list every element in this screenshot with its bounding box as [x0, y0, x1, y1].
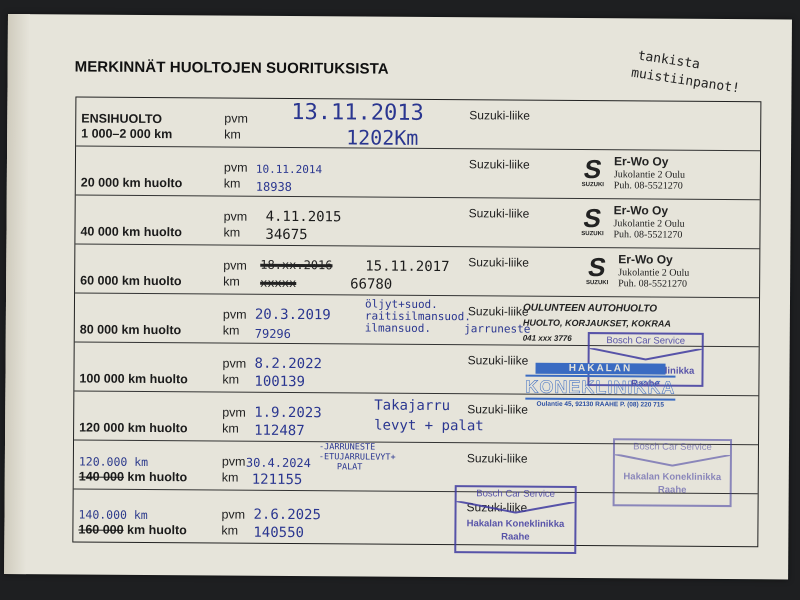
date-value: 8.2.2022	[255, 356, 323, 372]
km-value: 79296	[255, 327, 291, 341]
dealer-stamp: SSUZUKI Er-Wo OyJukolantie 2 OuluPuh. 08…	[580, 254, 695, 293]
margin-note: tankista muistiinpanot!	[634, 47, 798, 106]
date-value: 10.11.2014	[256, 163, 322, 176]
service-remarks: -JARRUNESTE -ETUJARRULEVYT+ PALAT	[319, 442, 396, 473]
km-value: 100139	[254, 374, 305, 390]
date-value: 20.3.2019	[255, 307, 331, 324]
page-title: MERKINNÄT HUOLTOJEN SUORITUKSISTA	[75, 58, 389, 77]
km-value: 1202Km	[346, 125, 418, 150]
date-value: 2.6.2025	[253, 507, 321, 523]
crossed-out-km: xxxxx	[260, 276, 296, 290]
service-label: ENSIHUOLTO 1 000–2 000 km	[81, 112, 172, 143]
service-booklet-page: MERKINNÄT HUOLTOJEN SUORITUKSISTA tankis…	[4, 14, 792, 579]
date-value: 13.11.2013	[291, 100, 424, 126]
km-value: 34675	[265, 227, 307, 243]
date-value: 4.11.2015	[266, 209, 342, 226]
km-value: 121155	[252, 472, 303, 488]
dealer-label: Suzuki-liike	[469, 108, 530, 122]
suzuki-logo-icon: SSUZUKI	[575, 205, 609, 243]
date-value: 30.4.2024	[246, 456, 311, 470]
bosch-stamp: Bosch Car Service Hakalan KoneklinikkaRa…	[454, 485, 576, 554]
bosch-stamp: Bosch Car Service Hakalan KoneklinikkaRa…	[613, 438, 732, 507]
date-value: 1.9.2023	[254, 405, 322, 421]
suzuki-logo-icon: SSUZUKI	[576, 156, 610, 194]
service-row: 20 000 km huolto pvmkm 10.11.2014 18938 …	[76, 145, 760, 199]
date-value: 15.11.2017	[365, 259, 449, 276]
dealer-stamp: SSUZUKI Er-Wo OyJukolantie 2 OuluPuh. 08…	[575, 205, 690, 244]
km-value: 140550	[253, 525, 304, 541]
service-label: 140.000 km 160 000 km huolto	[78, 508, 187, 539]
km-value: 112487	[254, 423, 305, 439]
km-value: 66780	[350, 276, 392, 292]
koneklinikka-stamp: HAKALAN KONEKLINIKKA Oulantie 45, 92130 …	[525, 363, 675, 409]
service-row: 60 000 km huolto pvmkm 18.xx.2016 xxxxx …	[75, 243, 759, 297]
service-row: 40 000 km huolto pvmkm 4.11.2015 34675 S…	[75, 194, 759, 248]
crossed-out-date: 18.xx.2016	[260, 258, 332, 273]
service-row: ENSIHUOLTO 1 000–2 000 km pvmkm 13.11.20…	[76, 97, 760, 150]
km-value: 18938	[256, 180, 292, 194]
dealer-stamp: SSUZUKI Er-Wo OyJukolantie 2 OuluPuh. 08…	[576, 156, 691, 195]
service-label: 120.000 km 140 000 km huolto	[79, 455, 188, 486]
suzuki-logo-icon: SSUZUKI	[580, 254, 614, 292]
